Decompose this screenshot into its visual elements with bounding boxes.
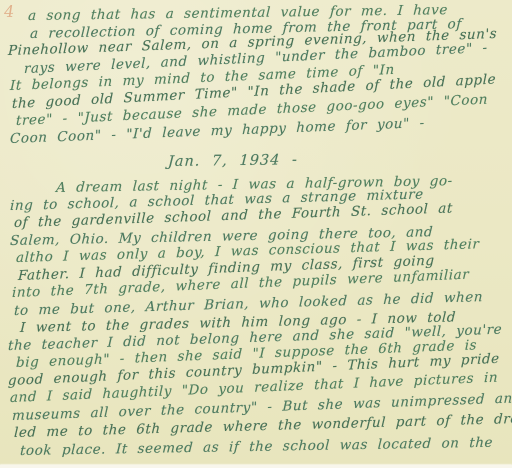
manuscript-page: 4 a song that has a sentimental value fo…	[0, 0, 512, 468]
date-heading: Jan. 7, 1934 -	[167, 147, 512, 172]
paragraph-dream-entry: A dream last night - I was a half-grown …	[0, 180, 512, 460]
paragraph-song-recollection: a song that has a sentimental value for …	[0, 8, 512, 148]
page-number: 4	[4, 2, 15, 21]
